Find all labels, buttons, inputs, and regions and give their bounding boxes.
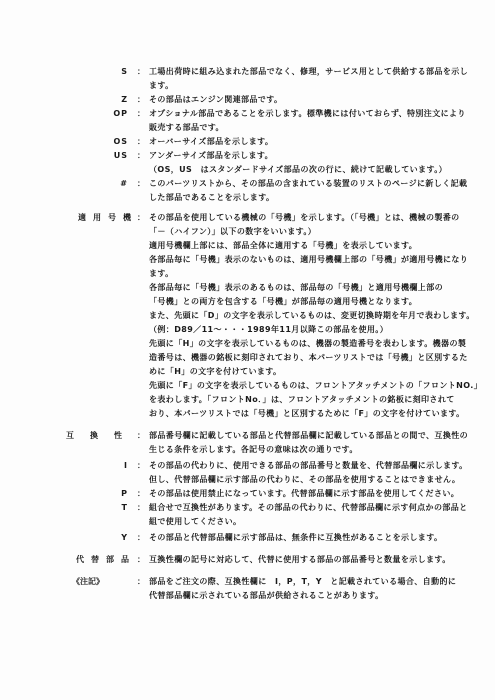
line-text: 先頭に「H」の文字を表示しているものは、機器の製造番号を表わします。機器の製 — [149, 337, 466, 351]
symbol-label: OS — [113, 135, 128, 149]
line-text: ます。 — [149, 79, 174, 93]
line-text: その部品の代わりに、使用できる部品の部品番号と数量を、代替部品欄に示します。 — [149, 459, 468, 473]
line-text: した部品であることを示します。 — [149, 191, 274, 205]
document-line: P：その部品は使用禁止になっています。代替部品欄に示す部品を使用してください。 — [0, 487, 495, 501]
document-line: 先頭に「F」の文字を表示しているものは、フロントアタッチメントの「フロントNO.… — [0, 379, 495, 393]
document-line: めに「H」の文字を付けています。 — [0, 365, 495, 379]
line-text: 互換性欄の記号に対応して、代替に使用する部品の部品番号と数量を示します。 — [149, 553, 451, 567]
document-line: 生じる条件を示します。各記号の意味は次の通りです。 — [0, 443, 495, 457]
colon: ： — [137, 65, 145, 79]
colon: ： — [137, 459, 145, 473]
line-text: このパーツリストから、その部品の含まれている装置のリストのページに新しく記載 — [149, 177, 467, 191]
colon: ： — [137, 93, 145, 107]
line-text: その部品と代替部品欄に示す部品は、無条件に互換性があることを示します。 — [149, 531, 442, 545]
document-line: 互換性：部品番号欄に記載している部品と代替部品欄に記載している部品との間で、互換… — [0, 429, 495, 443]
line-text: 代替部品欄に示されている部品が供給されることがあります。 — [149, 589, 384, 603]
line-text: 生じる条件を示します。各記号の意味は次の通りです。 — [149, 443, 358, 457]
line-text: 「－（ハイフン）」以下の数字をいいます。） — [149, 225, 316, 239]
line-text: ます。 — [149, 267, 174, 281]
document-line: （例：D89／11～・・・1989年11月以降この部品を使用。） — [0, 323, 495, 337]
colon: ： — [137, 575, 145, 589]
colon: ： — [137, 107, 145, 121]
line-text: 各部品毎に「号機」表示のあるものは、部品毎の「号機」と適用号機欄上部の — [149, 281, 443, 295]
line-text: 組合せで互換性があります。その部品の代わりに、代替部品欄に示す何点かの部品と — [149, 501, 468, 515]
colon: ： — [137, 487, 145, 501]
symbol-label: OP — [113, 107, 128, 121]
document-line: 適用号機：その部品を使用している機械の「号機」を示します。（「号機」とは、機械の… — [0, 211, 495, 225]
line-text: 但し、代替部品欄に示す部品の代わりに、その部品を使用することはできません。 — [149, 473, 460, 487]
line-text: おり、本パーツリストでは「号機」と区別するために「F」の文字を付けています。 — [149, 407, 465, 421]
document-line: 「号機」との両方を包含する「号機」が部品毎の適用号機となります。 — [0, 295, 495, 309]
document-line: Z：その部品はエンジン関連部品です。 — [0, 93, 495, 107]
line-text: その部品はエンジン関連部品です。 — [149, 93, 282, 107]
line-text: 販売する部品です。 — [149, 121, 224, 135]
document-line: Y：その部品と代替部品欄に示す部品は、無条件に互換性があることを示します。 — [0, 531, 495, 545]
line-text: 適用号機欄上部には、部品全体に適用する「号機」を表示しています。 — [149, 239, 417, 253]
line-text: （例：D89／11～・・・1989年11月以降この部品を使用。） — [149, 323, 388, 337]
colon: ： — [137, 501, 145, 515]
section-heading: 《注記》 — [72, 575, 104, 589]
line-text: 部品をご注文の際、互換性欄に I，P，T，Y と記載されている場合、自動的に — [149, 575, 456, 589]
symbol-label: S — [121, 65, 128, 79]
document-line: を表わします。「フロントNo．」は、フロントアタッチメントの銘板に刻印されて — [0, 393, 495, 407]
line-text: 先頭に「F」の文字を表示しているものは、フロントアタッチメントの「フロントNO.… — [149, 379, 482, 393]
colon: ： — [137, 531, 145, 545]
line-text: オプショナル部品であることを示します。標準機には付いておらず、特別注文により — [149, 107, 466, 121]
colon: ： — [137, 553, 145, 567]
document-line: 組で使用してください。 — [0, 515, 495, 529]
colon: ： — [137, 429, 145, 443]
symbol-label: Z — [121, 93, 128, 107]
document-line: I：その部品の代わりに、使用できる部品の部品番号と数量を、代替部品欄に示します。 — [0, 459, 495, 473]
line-text: 部品番号欄に記載している部品と代替部品欄に記載している部品との間で、互換性の — [149, 429, 468, 443]
document-line: OP：オプショナル部品であることを示します。標準機には付いておらず、特別注文によ… — [0, 107, 495, 121]
line-text: 「号機」との両方を包含する「号機」が部品毎の適用号機となります。 — [149, 295, 417, 309]
document-line: 各部品毎に「号機」表示のないものは、適用号機欄上部の「号機」が適用号機になり — [0, 253, 495, 267]
line-text: 各部品毎に「号機」表示のないものは、適用号機欄上部の「号機」が適用号機になり — [149, 253, 468, 267]
document-line: ます。 — [0, 79, 495, 93]
symbol-label: Y — [121, 531, 128, 545]
colon: ： — [137, 149, 145, 163]
document-line: 造番号は、機器の銘板に刻印されており、本パーツリストでは「号機」と区別するた — [0, 351, 495, 365]
document-line: 先頭に「H」の文字を表示しているものは、機器の製造番号を表わします。機器の製 — [0, 337, 495, 351]
document-line: T：組合せで互換性があります。その部品の代わりに、代替部品欄に示す何点かの部品と — [0, 501, 495, 515]
symbol-label: P — [121, 487, 128, 501]
section-heading: 代替部品 — [76, 553, 136, 567]
document-line: US：アンダーサイズ部品を示します。 — [0, 149, 495, 163]
document-line: 「－（ハイフン）」以下の数字をいいます。） — [0, 225, 495, 239]
document-line: OS：オーバーサイズ部品を示します。 — [0, 135, 495, 149]
symbol-label: I — [124, 459, 128, 473]
document-line: 代替部品：互換性欄の記号に対応して、代替に使用する部品の部品番号と数量を示します… — [0, 553, 495, 567]
colon: ： — [137, 177, 145, 191]
line-text: 組で使用してください。 — [149, 515, 241, 529]
section-heading: 互換性 — [66, 429, 138, 443]
line-text: 工場出荷時に組み込まれた部品でなく、修理，サービス用として供給する部品を示し — [149, 65, 468, 79]
document-line: 適用号機欄上部には、部品全体に適用する「号機」を表示しています。 — [0, 239, 495, 253]
line-text: （OS，US はスタンダードサイズ部品の次の行に、続けて記載しています。） — [149, 163, 447, 177]
document-line: S：工場出荷時に組み込まれた部品でなく、修理，サービス用として供給する部品を示し — [0, 65, 495, 79]
symbol-label: T — [122, 501, 128, 515]
document-line: 各部品毎に「号機」表示のあるものは、部品毎の「号機」と適用号機欄上部の — [0, 281, 495, 295]
symbol-label: # — [120, 177, 128, 191]
section-heading: 適用号機 — [78, 211, 138, 225]
document-line: #：このパーツリストから、その部品の含まれている装置のリストのページに新しく記載 — [0, 177, 495, 191]
colon: ： — [137, 135, 145, 149]
line-text: また、先頭に「D」の文字を表示しているものは、変更切換時期を年月で表わします。 — [149, 309, 475, 323]
document-line: 販売する部品です。 — [0, 121, 495, 135]
document-line: 但し、代替部品欄に示す部品の代わりに、その部品を使用することはできません。 — [0, 473, 495, 487]
line-text: 造番号は、機器の銘板に刻印されており、本パーツリストでは「号機」と区別するた — [149, 351, 468, 365]
line-text: オーバーサイズ部品を示します。 — [149, 135, 273, 149]
document-line: ます。 — [0, 267, 495, 281]
document-line: 《注記》：部品をご注文の際、互換性欄に I，P，T，Y と記載されている場合、自… — [0, 575, 495, 589]
document-line: した部品であることを示します。 — [0, 191, 495, 205]
line-text: アンダーサイズ部品を示します。 — [149, 149, 273, 163]
line-text: その部品は使用禁止になっています。代替部品欄に示す部品を使用してください。 — [149, 487, 459, 501]
line-text: その部品を使用している機械の「号機」を示します。（「号機」とは、機械の製番の — [149, 211, 460, 225]
symbol-label: US — [114, 149, 128, 163]
line-text: を表わします。「フロントNo．」は、フロントアタッチメントの銘板に刻印されて — [149, 393, 455, 407]
colon: ： — [137, 211, 145, 225]
document-page: S：工場出荷時に組み込まれた部品でなく、修理，サービス用として供給する部品を示し… — [0, 0, 495, 700]
document-line: 代替部品欄に示されている部品が供給されることがあります。 — [0, 589, 495, 603]
document-line: また、先頭に「D」の文字を表示しているものは、変更切換時期を年月で表わします。 — [0, 309, 495, 323]
document-line: おり、本パーツリストでは「号機」と区別するために「F」の文字を付けています。 — [0, 407, 495, 421]
line-text: めに「H」の文字を付けています。 — [149, 365, 281, 379]
document-line: （OS，US はスタンダードサイズ部品の次の行に、続けて記載しています。） — [0, 163, 495, 177]
